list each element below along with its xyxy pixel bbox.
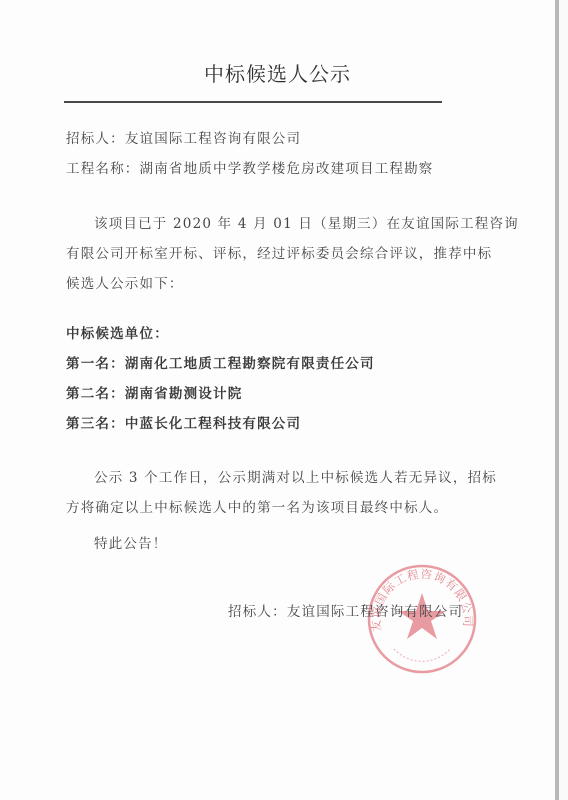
candidate-rank: 第二名： [66,386,125,402]
project-value: 湖南省地质中学教学楼危房改建项目工程勘察 [140,161,434,177]
tenderer-value: 友谊国际工程咨询有限公司 [125,131,301,147]
tenderer-label: 招标人： [66,131,125,147]
candidate-row-3: 第三名：中蓝长化工程科技有限公司 [66,412,301,432]
signature-label: 招标人： [228,604,287,620]
signature-value: 友谊国际工程咨询有限公司 [287,604,463,620]
signature-line: 招标人：友谊国际工程咨询有限公司 [228,600,463,620]
title-divider [64,101,442,103]
candidate-name: 湖南省勘测设计院 [125,386,243,402]
candidates-heading: 中标候选单位： [66,322,169,342]
body-line-1: 该项目已于 2020 年 4 月 01 日（星期三）在友谊国际工程咨询 [94,212,519,232]
body-line-2: 有限公司开标室开标、评标，经过评标委员会综合评议，推荐中标 [66,242,492,262]
project-label: 工程名称： [66,161,140,177]
document-title: 中标候选人公示 [0,58,555,87]
notice-line-1: 公示 3 个工作日，公示期满对以上中标候选人若无异议，招标 [94,466,497,486]
candidate-rank: 第一名： [66,356,125,372]
candidate-row-2: 第二名：湖南省勘测设计院 [66,382,242,402]
notice-line-2: 方将确定以上中标候选人中的第一名为该项目最终中标人。 [66,496,448,516]
tenderer-line: 招标人：友谊国际工程咨询有限公司 [66,127,301,147]
body-line-3: 候选人公示如下： [66,272,184,292]
project-line: 工程名称：湖南省地质中学教学楼危房改建项目工程勘察 [66,157,434,177]
candidate-rank: 第三名： [66,416,125,432]
page-margin [559,0,568,800]
candidate-name: 中蓝长化工程科技有限公司 [125,416,301,432]
closing-text: 特此公告！ [94,532,168,552]
candidate-row-1: 第一名：湖南化工地质工程勘察院有限责任公司 [66,352,375,372]
candidate-name: 湖南化工地质工程勘察院有限责任公司 [125,356,375,372]
